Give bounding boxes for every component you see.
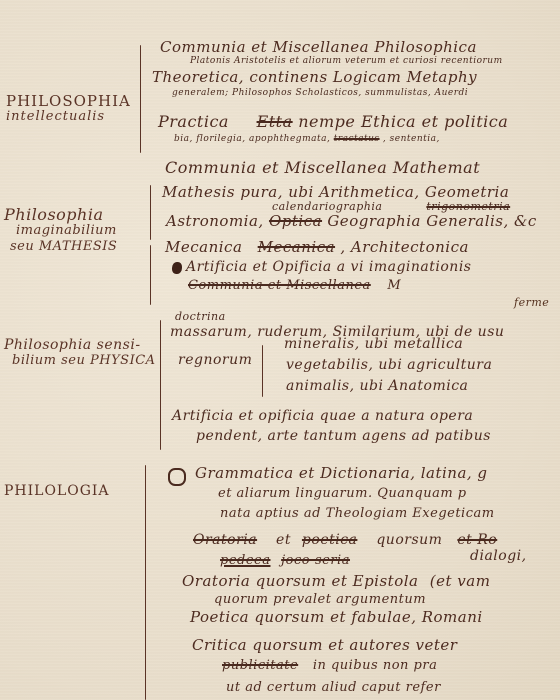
struck-text: Optica — [269, 212, 322, 230]
brace-regnorum — [262, 345, 263, 397]
line-practica: Practica Etta nempe Ethica et politica — [158, 112, 508, 131]
brace-intellectualis — [140, 45, 141, 153]
mark-text: M — [387, 278, 401, 293]
struck-text: Communia et Miscellanea — [188, 278, 371, 293]
heading-line: Philosophia — [4, 207, 117, 223]
line-astronomia: Astronomia, Optica Geographia Generalis,… — [166, 212, 537, 230]
geographia-text: Geographia Generalis, &c — [327, 212, 536, 230]
line-theoretica: Theoretica, continens Logicam Metaphy — [152, 68, 477, 86]
line-oratoria-struck: Oratoria et poetica quorsum et Ro — [193, 532, 497, 548]
line-mathesis-pura: Mathesis pura, ubi Arithmetica, Geometri… — [162, 183, 509, 201]
mecanica-text: Mecanica — [165, 238, 242, 256]
struck-glyph — [168, 468, 186, 486]
line-joco-seria: pedeea joco-seria — [220, 553, 350, 568]
line-grammatica: Grammatica et Dictionaria, latina, g — [195, 464, 488, 482]
struck-text: tractatus — [334, 134, 380, 144]
heading-line: Philosophia sensi- — [4, 337, 156, 353]
line-communia-mathematica: Communia et Miscellanea Mathemat — [165, 158, 480, 177]
heading-philosophia-sensibilium: Philosophia sensi- bilium seu PHYSICA — [4, 337, 156, 369]
line-animalis: animalis, ubi Anatomica — [286, 378, 468, 394]
struck-text: publicitate — [222, 658, 298, 673]
line-argumentum: quorum prevalet argumentum — [214, 592, 426, 607]
struck-text: poetica — [302, 532, 357, 548]
text: in quibus non pra — [313, 658, 438, 673]
heading-philologia: PHILOLOGIA — [4, 483, 110, 499]
heading-line: PHILOSOPHIA — [6, 93, 131, 109]
struck-text: et Ro — [457, 532, 497, 548]
line-oratoria-epistola: Oratoria quorsum et Epistola (et vam — [182, 572, 490, 590]
heading-line: bilium seu PHYSICA — [4, 353, 156, 369]
struck-text: pedeea — [220, 553, 270, 568]
architectonica-text: , Architectonica — [340, 238, 469, 256]
note-doctrina: doctrina — [175, 310, 226, 323]
heading-line: seu MATHESIS — [4, 239, 117, 255]
heading-philosophia-imaginabilium: Philosophia imaginabilium seu MATHESIS — [4, 207, 117, 255]
brace-mathesis-lower — [150, 245, 151, 305]
brace-philologia — [145, 465, 146, 700]
heading-line: intellectualis — [6, 109, 131, 125]
text: et — [276, 532, 291, 548]
line-certum: ut ad certum aliud caput refer — [226, 680, 441, 695]
line-vegetabilis: vegetabilis, ubi agricultura — [286, 357, 492, 373]
brace-physica — [160, 320, 161, 450]
line-mineralis: mineralis, ubi metallica — [284, 336, 463, 352]
ink-blot — [172, 262, 182, 274]
note-ferme: ferme — [514, 296, 549, 309]
text: Oratoria quorsum et Epistola — [182, 572, 418, 590]
line-pendent: pendent, arte tantum agens ad patibus — [196, 428, 491, 444]
heading-line: imaginabilium — [4, 223, 117, 239]
struck-text: joco-seria — [281, 553, 350, 568]
brace-mathesis-upper — [150, 185, 151, 240]
line-mecanica: Mecanica Mecanica , Architectonica — [165, 238, 469, 256]
label-regnorum: regnorum — [178, 352, 252, 368]
line-aliarum: et aliarum linguarum. Quanquam p — [218, 486, 467, 501]
manuscript-page: PHILOSOPHIA intellectualis Philosophia i… — [0, 0, 560, 700]
note-platonis: Platonis Aristotelis et aliorum veterum … — [190, 56, 503, 66]
line-theologiam: nata aptius ad Theologiam Exegeticam — [220, 506, 495, 521]
note-florilegia: bia, florilegia, apophthegmata, tractatu… — [174, 134, 440, 144]
text: quorsum — [376, 532, 442, 548]
line-critica: Critica quorsum et autores veter — [192, 636, 457, 654]
line-communia-philosophica: Communia et Miscellanea Philosophica — [160, 38, 477, 56]
practica-text: nempe Ethica et politica — [298, 112, 508, 131]
note-text: bia, florilegia, apophthegmata, — [174, 134, 330, 144]
line-communia-struck: Communia et Miscellanea M — [188, 278, 401, 293]
text: (et vam — [430, 572, 491, 590]
astronomia-text: Astronomia, — [166, 212, 264, 230]
struck-text: Etta — [257, 112, 293, 131]
line-artificia-imaginationis: Artificia et Opificia a vi imaginationis — [186, 259, 471, 275]
practica-label: Practica — [158, 112, 229, 131]
note-dialogi: dialogi, — [470, 548, 527, 564]
struck-text: Oratoria — [193, 532, 257, 548]
note-text: , sententia, — [383, 134, 440, 144]
heading-philosophia-intellectualis: PHILOSOPHIA intellectualis — [6, 93, 131, 125]
line-in-quibus: publicitate in quibus non pra — [222, 658, 437, 673]
note-generalem: generalem; Philosophos Scholasticos, sum… — [172, 88, 468, 98]
struck-text: Mecanica — [258, 238, 335, 256]
line-poetica: Poetica quorsum et fabulae, Romani — [190, 608, 483, 626]
line-artificia-natura: Artificia et opificia quae a natura oper… — [172, 408, 473, 424]
